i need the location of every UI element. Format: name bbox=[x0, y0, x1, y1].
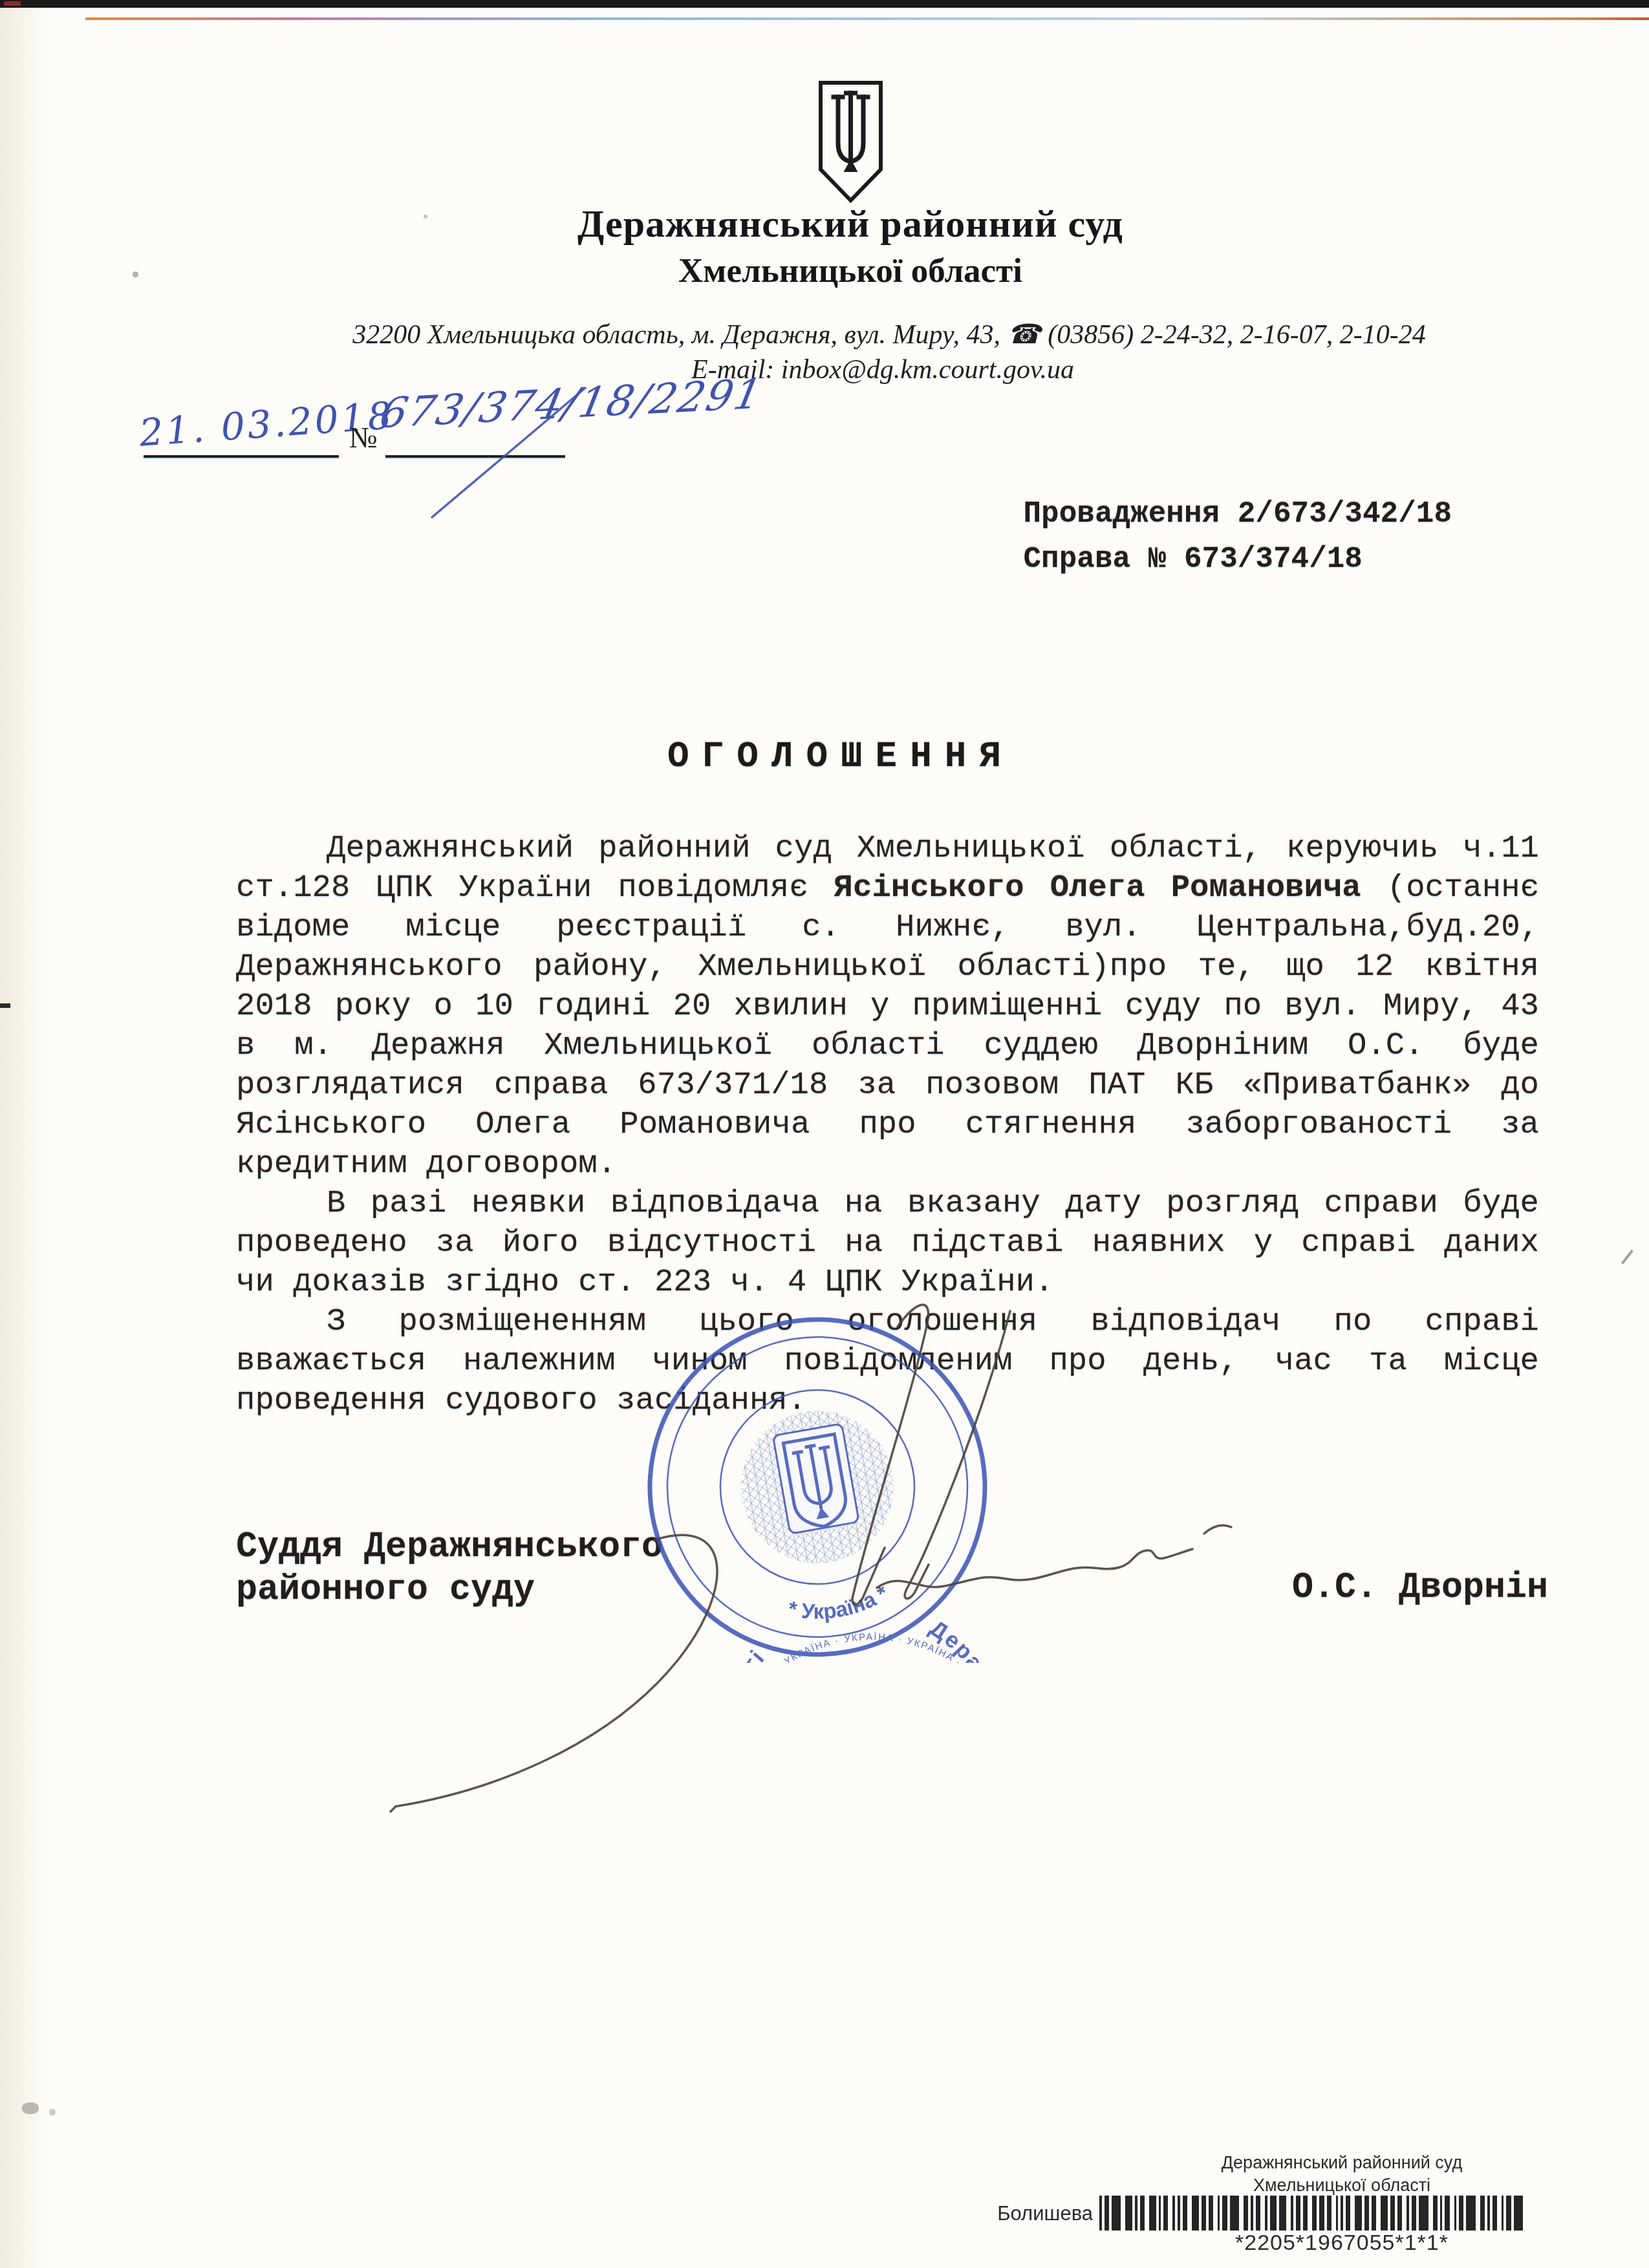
scan-left-dash bbox=[0, 1003, 10, 1008]
pen-signature-tick bbox=[1204, 1525, 1231, 1534]
footer-court-line1: Деражнянський районний суд bbox=[1203, 2152, 1481, 2174]
body-line: проведено за його відсутності на підстав… bbox=[236, 1223, 1539, 1263]
letterhead: Деражнянський районний суд Хмельницької … bbox=[0, 202, 1649, 290]
letterhead-address: 32200 Хмельницька область, м. Деражня, в… bbox=[0, 318, 1649, 385]
court-name-line2: Хмельницької області bbox=[52, 251, 1649, 290]
address-line: 32200 Хмельницька область, м. Деражня, в… bbox=[129, 318, 1649, 350]
scanned-court-document: Деражнянський районний суд Хмельницької … bbox=[0, 0, 1649, 2268]
stamp-bottom-textpath: * Україна * bbox=[782, 1579, 894, 1631]
operator-name: Болишева bbox=[970, 2202, 1093, 2225]
case-reference-block: Провадження 2/673/342/18 Справа № 673/37… bbox=[1023, 491, 1452, 582]
document-title: ОГОЛОШЕННЯ bbox=[32, 736, 1649, 777]
svg-text:* Україна *: * Україна * bbox=[782, 1579, 894, 1631]
scan-speck bbox=[49, 2109, 56, 2115]
footer-court-line2: Хмельницької області bbox=[1203, 2174, 1481, 2197]
signature-position: Суддя Деражнянського районного суду bbox=[236, 1526, 663, 1611]
signature-line1: Суддя Деражнянського bbox=[236, 1526, 663, 1568]
body-line: в м. Деражня Хмельницької області суддею… bbox=[236, 1026, 1539, 1065]
body-line: ст.128 ЦПК України повідомляє Ясінського… bbox=[236, 868, 1539, 908]
case-number: Справа № 673/374/18 bbox=[1023, 537, 1452, 582]
body-paragraph: В разі неявки відповідача на вказану дат… bbox=[236, 1184, 1539, 1302]
barcode-value: *2205*1967055*1*1* bbox=[1203, 2231, 1481, 2256]
body-line: відоме місце реєстрації с. Нижнє, вул. Ц… bbox=[236, 908, 1539, 947]
court-name-line1: Деражнянський районний суд bbox=[52, 202, 1649, 246]
body-paragraph: Деражнянський районний суд Хмельницької … bbox=[236, 829, 1539, 1184]
body-line: розглядатися справа 673/371/18 за позово… bbox=[236, 1065, 1539, 1105]
scan-edge-top bbox=[0, 0, 1649, 8]
body-line: В разі неявки відповідача на вказану дат… bbox=[236, 1184, 1539, 1223]
body-line: чи доказів згідно ст. 223 ч. 4 ЦПК Украї… bbox=[236, 1263, 1539, 1302]
barcode bbox=[1099, 2196, 1571, 2231]
body-line: Деражнянського району, Хмельницької обла… bbox=[236, 947, 1539, 987]
scan-chromatic-line bbox=[85, 17, 1649, 20]
body-line: Ясінського Олега Романовича про стягненн… bbox=[236, 1105, 1539, 1144]
number-sign: № bbox=[349, 420, 378, 455]
ukraine-trident-emblem-icon bbox=[817, 80, 885, 204]
judge-name: О.С. Дворнін bbox=[1292, 1567, 1548, 1608]
signature-line2: районного суду bbox=[236, 1568, 663, 1611]
number-underline bbox=[385, 455, 565, 458]
footer-court-block: Деражнянський районний суд Хмельницької … bbox=[1203, 2152, 1481, 2197]
body-line: Деражнянський районний суд Хмельницької … bbox=[236, 829, 1539, 868]
email-line: E-mail: inbox@dg.km.court.gov.ua bbox=[116, 354, 1649, 385]
scan-right-mark bbox=[1621, 1250, 1644, 1273]
scan-speck bbox=[22, 2102, 39, 2114]
date-underline bbox=[144, 455, 339, 458]
scan-edge-red-mark bbox=[4, 1, 21, 6]
body-line: 2018 року о 10 годині 20 хвилин у приміщ… bbox=[236, 987, 1539, 1026]
proceeding-number: Провадження 2/673/342/18 bbox=[1023, 491, 1452, 537]
court-stamp: УКРАЇНА · УКРАЇНА · УКРАЇНА · УКРАЇНА · … bbox=[641, 1311, 993, 1663]
body-line: кредитним договором. bbox=[236, 1144, 1539, 1184]
